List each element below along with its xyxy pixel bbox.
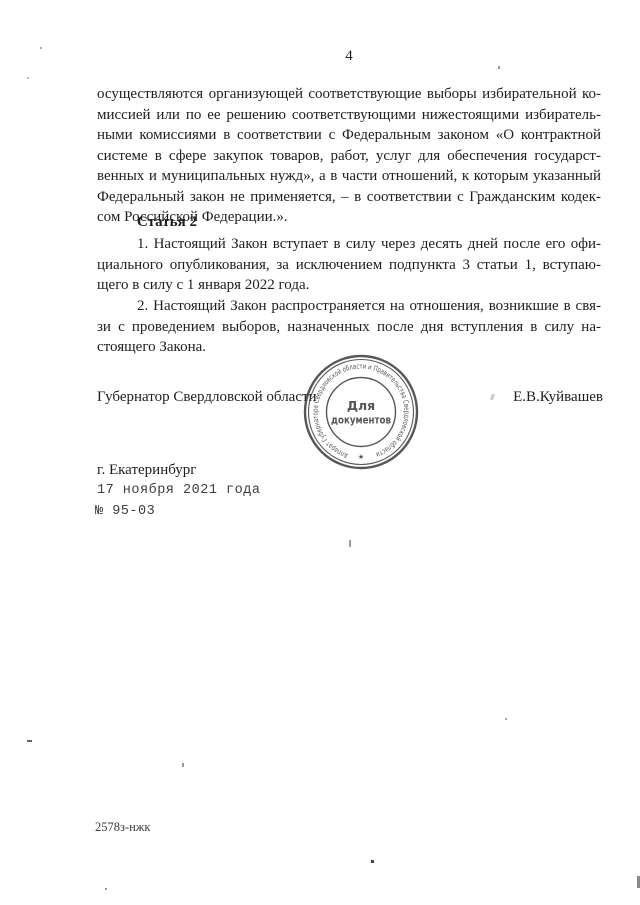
scan-speck [105,888,107,890]
document-number: № 95-03 [95,504,155,519]
scan-speck [349,540,351,547]
scan-speck [27,77,29,79]
stamp-center-line1: Для [347,398,375,413]
footer-code: 2578з-нжк [95,820,151,835]
intro-paragraph: осуществляются организующей соответствую… [97,84,601,228]
page-number: 4 [97,48,601,65]
text-line: осуществляются организующей соответствую… [97,84,601,105]
stamp-center-line2: документов [331,414,391,427]
scan-speck [490,394,495,401]
document-page: 4 осуществляются организующей соответств… [0,0,640,905]
signature-title: Губернатор Свердловской области [97,389,317,406]
scan-speck [505,718,507,720]
issue-city: г. Екатеринбург [97,462,196,479]
scan-speck [182,763,184,767]
article2-paragraph-1: 1. Настоящий Закон вступает в силу через… [97,234,601,296]
issue-date: 17 ноября 2021 года [97,483,260,498]
text-line: 1. Настоящий Закон вступает в силу через… [97,234,601,255]
text-line: циального опубликования, за исключением … [97,255,601,276]
text-line: венных и муниципальных нужд», а в части … [97,166,601,187]
scan-speck [498,66,500,69]
text-line: системе в сфере закупок товаров, работ, … [97,146,601,167]
scan-speck [27,740,32,742]
signature-name: Е.В.Куйвашев [513,389,603,406]
text-line: 2. Настоящий Закон распространяется на о… [97,296,601,317]
text-line: ными комиссиями в соответствии с Федерал… [97,125,601,146]
article2-heading: Статья 2 [137,212,197,233]
text-line: зи с проведением выборов, назначенных по… [97,317,601,338]
article2-paragraph-2: 2. Настоящий Закон распространяется на о… [97,296,601,358]
scan-speck [40,47,42,49]
text-line: щего в силу с 1 января 2022 года. [97,275,601,296]
text-line: миссией или по ее решению соответствующи… [97,105,601,126]
stamp-star-icon: ★ [358,453,364,461]
scan-speck [371,860,374,863]
text-line: Федеральный закон не применяется, – в со… [97,187,601,208]
official-round-stamp: Аппарат Губернатора Свердловской области… [301,352,421,472]
